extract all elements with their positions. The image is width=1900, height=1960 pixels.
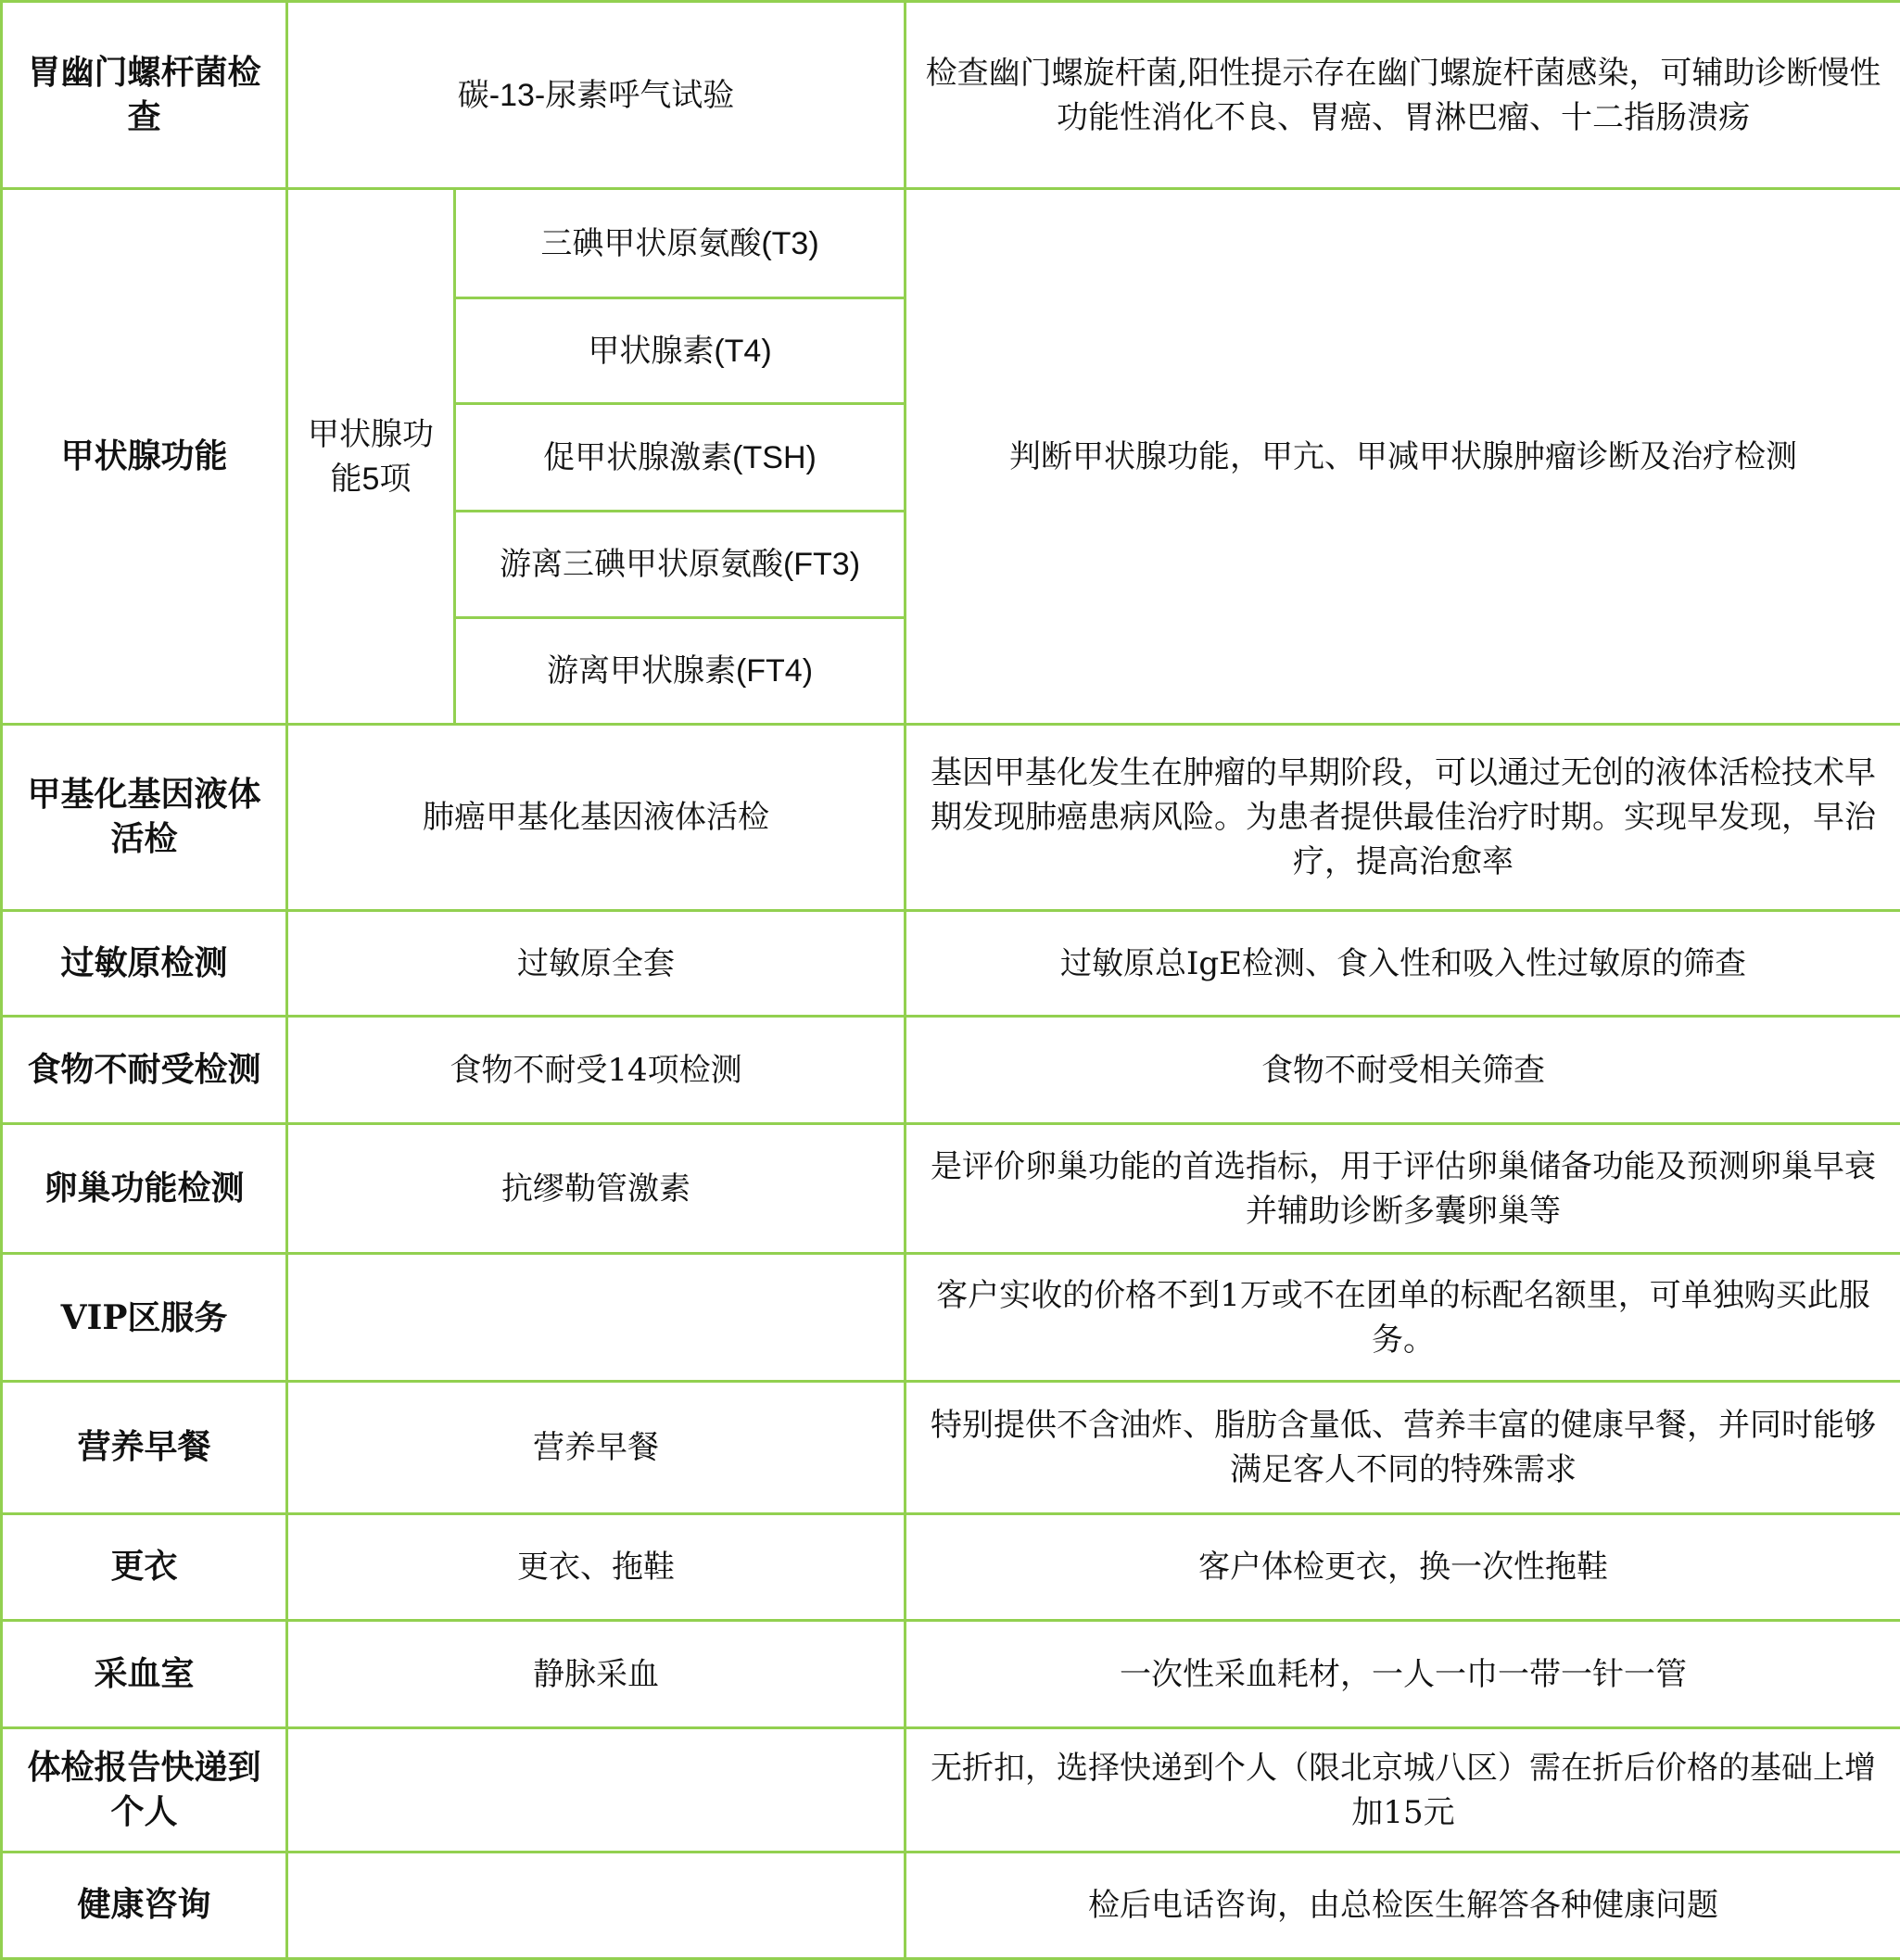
item-cell: [287, 1853, 906, 1959]
exam-items-page: 胃幽门螺杆菌检查 碳-13-尿素呼气试验 检查幽门螺旋杆菌,阳性提示存在幽门螺旋…: [0, 0, 1900, 1960]
table-row: 营养早餐 营养早餐 特别提供不含油炸、脂肪含量低、营养丰富的健康早餐，并同时能够…: [2, 1382, 1900, 1514]
category-cell: 甲基化基因液体活检: [2, 725, 287, 911]
description-cell: 是评价卵巢功能的首选指标，用于评估卵巢储备功能及预测卵巢早衰并辅助诊断多囊卵巢等: [906, 1124, 1900, 1254]
item-cell: 过敏原全套: [287, 911, 906, 1017]
category-cell: 采血室: [2, 1621, 287, 1728]
item-cell: [287, 1254, 906, 1382]
description-cell: 基因甲基化发生在肿瘤的早期阶段，可以通过无创的液体活检技术早期发现肺癌患病风险。…: [906, 725, 1900, 911]
description-cell: 检查幽门螺旋杆菌,阳性提示存在幽门螺旋杆菌感染，可辅助诊断慢性功能性消化不良、胃…: [906, 2, 1900, 189]
item-cell: 肺癌甲基化基因液体活检: [287, 725, 906, 911]
table-row: 卵巢功能检测 抗缪勒管激素 是评价卵巢功能的首选指标，用于评估卵巢储备功能及预测…: [2, 1124, 1900, 1254]
sub-item-cell: 三碘甲状原氨酸(T3): [455, 189, 906, 298]
table-row: 甲基化基因液体活检 肺癌甲基化基因液体活检 基因甲基化发生在肿瘤的早期阶段，可以…: [2, 725, 1900, 911]
category-cell: 食物不耐受检测: [2, 1017, 287, 1124]
description-cell: 一次性采血耗材，一人一巾一带一针一管: [906, 1621, 1900, 1728]
category-cell: 甲状腺功能: [2, 189, 287, 725]
sub-item-cell: 促甲状腺激素(TSH): [455, 404, 906, 512]
description-cell: 过敏原总IgE检测、食入性和吸入性过敏原的筛查: [906, 911, 1900, 1017]
description-cell: 无折扣，选择快递到个人（限北京城八区）需在折后价格的基础上增加15元: [906, 1728, 1900, 1853]
item-cell: 食物不耐受14项检测: [287, 1017, 906, 1124]
description-cell: 检后电话咨询，由总检医生解答各种健康问题: [906, 1853, 1900, 1959]
table-row: 过敏原检测 过敏原全套 过敏原总IgE检测、食入性和吸入性过敏原的筛查: [2, 911, 1900, 1017]
table-row: 胃幽门螺杆菌检查 碳-13-尿素呼气试验 检查幽门螺旋杆菌,阳性提示存在幽门螺旋…: [2, 2, 1900, 189]
category-cell: 更衣: [2, 1514, 287, 1621]
description-cell: 客户体检更衣，换一次性拖鞋: [906, 1514, 1900, 1621]
table-row: 采血室 静脉采血 一次性采血耗材，一人一巾一带一针一管: [2, 1621, 1900, 1728]
item-cell: 抗缪勒管激素: [287, 1124, 906, 1254]
table-row: 更衣 更衣、拖鞋 客户体检更衣，换一次性拖鞋: [2, 1514, 1900, 1621]
description-cell: 判断甲状腺功能，甲亢、甲减甲状腺肿瘤诊断及治疗检测: [906, 189, 1900, 725]
item-cell: [287, 1728, 906, 1853]
sub-item-cell: 甲状腺素(T4): [455, 298, 906, 404]
category-cell: 营养早餐: [2, 1382, 287, 1514]
item-cell: 静脉采血: [287, 1621, 906, 1728]
sub-item-cell: 游离三碘甲状原氨酸(FT3): [455, 512, 906, 618]
table-row: 体检报告快递到个人 无折扣，选择快递到个人（限北京城八区）需在折后价格的基础上增…: [2, 1728, 1900, 1853]
table-row: 甲状腺功能 甲状腺功能5项 三碘甲状原氨酸(T3) 判断甲状腺功能，甲亢、甲减甲…: [2, 189, 1900, 298]
description-cell: 客户实收的价格不到1万或不在团单的标配名额里，可单独购买此服务。: [906, 1254, 1900, 1382]
category-cell: 过敏原检测: [2, 911, 287, 1017]
category-cell: 卵巢功能检测: [2, 1124, 287, 1254]
item-cell: 碳-13-尿素呼气试验: [287, 2, 906, 189]
description-cell: 特别提供不含油炸、脂肪含量低、营养丰富的健康早餐，并同时能够满足客人不同的特殊需…: [906, 1382, 1900, 1514]
table-row: 食物不耐受检测 食物不耐受14项检测 食物不耐受相关筛查: [2, 1017, 1900, 1124]
sub-item-cell: 游离甲状腺素(FT4): [455, 618, 906, 725]
table-row: 健康咨询 检后电话咨询，由总检医生解答各种健康问题: [2, 1853, 1900, 1959]
item-cell: 营养早餐: [287, 1382, 906, 1514]
description-cell: 食物不耐受相关筛查: [906, 1017, 1900, 1124]
item-cell: 更衣、拖鞋: [287, 1514, 906, 1621]
category-cell: 胃幽门螺杆菌检查: [2, 2, 287, 189]
category-cell: 体检报告快递到个人: [2, 1728, 287, 1853]
category-cell: VIP区服务: [2, 1254, 287, 1382]
category-cell: 健康咨询: [2, 1853, 287, 1959]
table-row: VIP区服务 客户实收的价格不到1万或不在团单的标配名额里，可单独购买此服务。: [2, 1254, 1900, 1382]
group-cell: 甲状腺功能5项: [287, 189, 455, 725]
exam-items-table: 胃幽门螺杆菌检查 碳-13-尿素呼气试验 检查幽门螺旋杆菌,阳性提示存在幽门螺旋…: [0, 0, 1900, 1960]
